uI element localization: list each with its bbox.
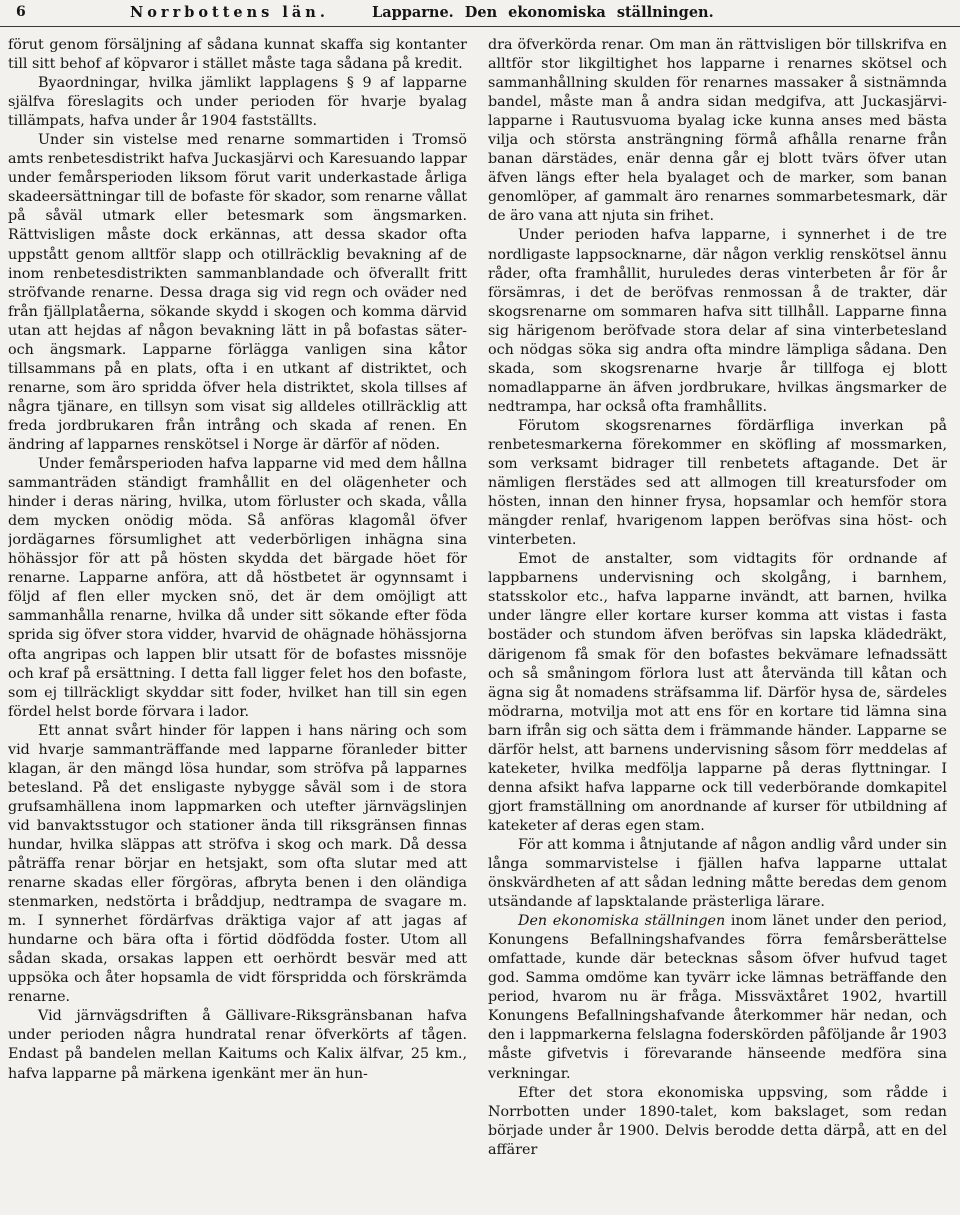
paragraph: Byaordningar, hvilka jämlikt lapplagens … [8, 74, 467, 131]
paragraph: För att komma i åtnjutande af någon andl… [488, 836, 947, 912]
paragraph: förut genom försäljning af sådana kunnat… [8, 36, 467, 74]
paragraph: Emot de anstalter, som vidtagits för ord… [488, 550, 947, 836]
paragraph: dra öfverkörda renar. Om man än rättvisl… [488, 36, 947, 226]
italic-lead: Den ekonomiska ställningen [518, 913, 725, 929]
paragraph: Vid järnvägsdriften å Gällivare-Riksgrän… [8, 1007, 467, 1083]
page-header: 6 Norrbottens län. Lapparne. Den ekonomi… [0, 3, 960, 23]
document-page: 6 Norrbottens län. Lapparne. Den ekonomi… [0, 0, 960, 1215]
header-rule [0, 26, 960, 27]
header-section-title: Lapparne. Den ekonomiska ställningen. [372, 4, 714, 21]
right-column: dra öfverkörda renar. Om man än rättvisl… [488, 36, 947, 1215]
header-region-title: Norrbottens län. [130, 4, 329, 21]
paragraph: Ett annat svårt hinder för lappen i hans… [8, 722, 467, 1008]
paragraph: Efter det stora ekonomiska uppsving, som… [488, 1084, 947, 1160]
paragraph: Under sin vistelse med renarne sommartid… [8, 131, 467, 455]
paragraph: Den ekonomiska ställningen inom länet un… [488, 912, 947, 1083]
paragraph: Under perioden hafva lapparne, i synnerh… [488, 226, 947, 416]
paragraph: Förutom skogsrenarnes fördärfliga inverk… [488, 417, 947, 550]
page-number: 6 [16, 4, 26, 20]
paragraph: Under femårsperioden hafva lapparne vid … [8, 455, 467, 722]
left-column: förut genom försäljning af sådana kunnat… [8, 36, 467, 1215]
text-columns: förut genom försäljning af sådana kunnat… [8, 36, 947, 1215]
